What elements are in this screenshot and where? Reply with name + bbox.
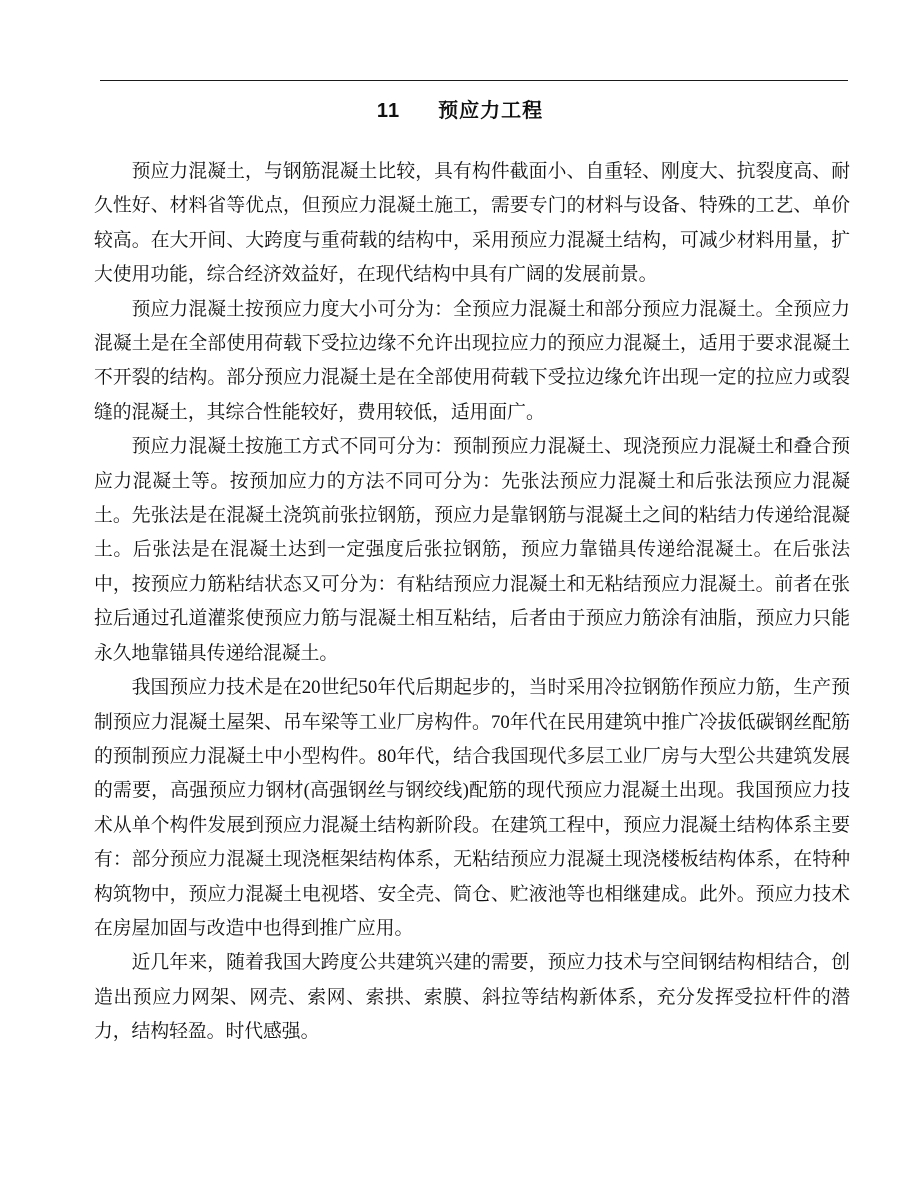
document-page: 11预应力工程 预应力混凝土，与钢筋混凝土比较，具有构件截面小、自重轻、刚度大、… [0, 0, 920, 1191]
body-text: 预应力混凝土，与钢筋混凝土比较，具有构件截面小、自重轻、刚度大、抗裂度高、耐久性… [94, 155, 850, 1050]
paragraph-history: 我国预应力技术是在20世纪50年代后期起步的，当时采用冷拉钢筋作预应力筋，生产预… [94, 671, 850, 946]
header-rule [100, 80, 848, 81]
paragraph-recent-developments: 近几年来，随着我国大跨度公共建筑兴建的需要，预应力技术与空间钢结构相结合，创造出… [94, 946, 850, 1049]
page-title: 11预应力工程 [0, 99, 920, 123]
chapter-title: 预应力工程 [438, 100, 543, 122]
paragraph-construction-methods: 预应力混凝土按施工方式不同可分为：预制预应力混凝土、现浇预应力混凝土和叠合预应力… [94, 430, 850, 671]
paragraph-intro: 预应力混凝土，与钢筋混凝土比较，具有构件截面小、自重轻、刚度大、抗裂度高、耐久性… [94, 155, 850, 293]
paragraph-degree-classification: 预应力混凝土按预应力度大小可分为：全预应力混凝土和部分预应力混凝土。全预应力混凝… [94, 293, 850, 431]
chapter-number: 11 [377, 100, 400, 122]
